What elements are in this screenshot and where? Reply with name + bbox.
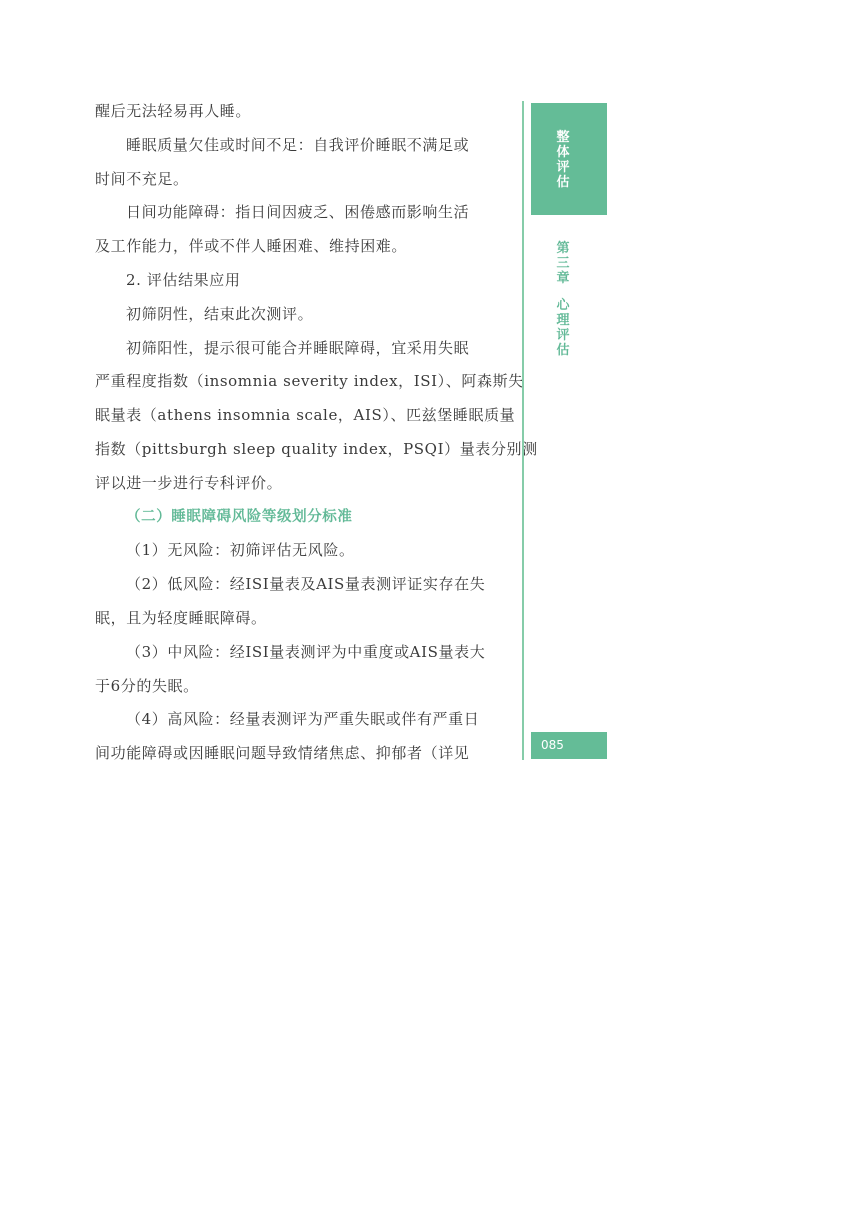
text-line: 日间功能障碍：指日间因疲乏、困倦感而影响生活 bbox=[95, 198, 497, 232]
page-number: 085 bbox=[541, 738, 564, 752]
text-line: 于6分的失眠。 bbox=[95, 672, 497, 706]
text-line: 醒后无法轻易再人睡。 bbox=[95, 97, 497, 131]
text-line: 眠，且为轻度睡眠障碍。 bbox=[95, 604, 497, 638]
text-line: 指数（pittsburgh sleep quality index，PSQI）量… bbox=[95, 435, 497, 469]
text-line: 间功能障碍或因睡眠问题导致情绪焦虑、抑郁者（详见 bbox=[95, 739, 497, 773]
text-line: 眠量表（athens insomnia scale，AIS）、匹兹堡睡眠质量 bbox=[95, 401, 497, 435]
text-line: 睡眠质量欠佳或时间不足：自我评价睡眠不满足或 bbox=[95, 131, 497, 165]
section-tab-label: 整体评估 bbox=[555, 130, 571, 190]
text-line: 时间不充足。 bbox=[95, 165, 497, 199]
margin-divider bbox=[522, 101, 524, 760]
text-line: 严重程度指数（insomnia severity index，ISI）、阿森斯失 bbox=[95, 367, 497, 401]
page-number-box: 085 bbox=[531, 732, 607, 759]
section-heading: （二）睡眠障碍风险等级划分标准 bbox=[95, 503, 497, 537]
text-line: （4）高风险：经量表测评为严重失眠或伴有严重日 bbox=[95, 705, 497, 739]
chapter-title: 心理评估 bbox=[555, 298, 571, 358]
subsection-title: 2. 评估结果应用 bbox=[95, 266, 497, 300]
text-line: 初筛阴性，结束此次测评。 bbox=[95, 300, 497, 334]
text-line: （3）中风险：经ISI量表测评为中重度或AIS量表大 bbox=[95, 638, 497, 672]
text-line: 及工作能力，伴或不伴人睡困难、维持困难。 bbox=[95, 232, 497, 266]
text-line: （1）无风险：初筛评估无风险。 bbox=[95, 536, 497, 570]
text-line: 初筛阳性，提示很可能合并睡眠障碍，宜采用失眠 bbox=[95, 334, 497, 368]
text-line: （2）低风险：经ISI量表及AIS量表测评证实存在失 bbox=[95, 570, 497, 604]
text-line: 评以进一步进行专科评价。 bbox=[95, 469, 497, 503]
chapter-label: 第三章 心理评估 bbox=[555, 241, 571, 358]
chapter-number: 第三章 bbox=[555, 241, 571, 286]
body-text: 醒后无法轻易再人睡。 睡眠质量欠佳或时间不足：自我评价睡眠不满足或 时间不充足。… bbox=[95, 97, 497, 773]
